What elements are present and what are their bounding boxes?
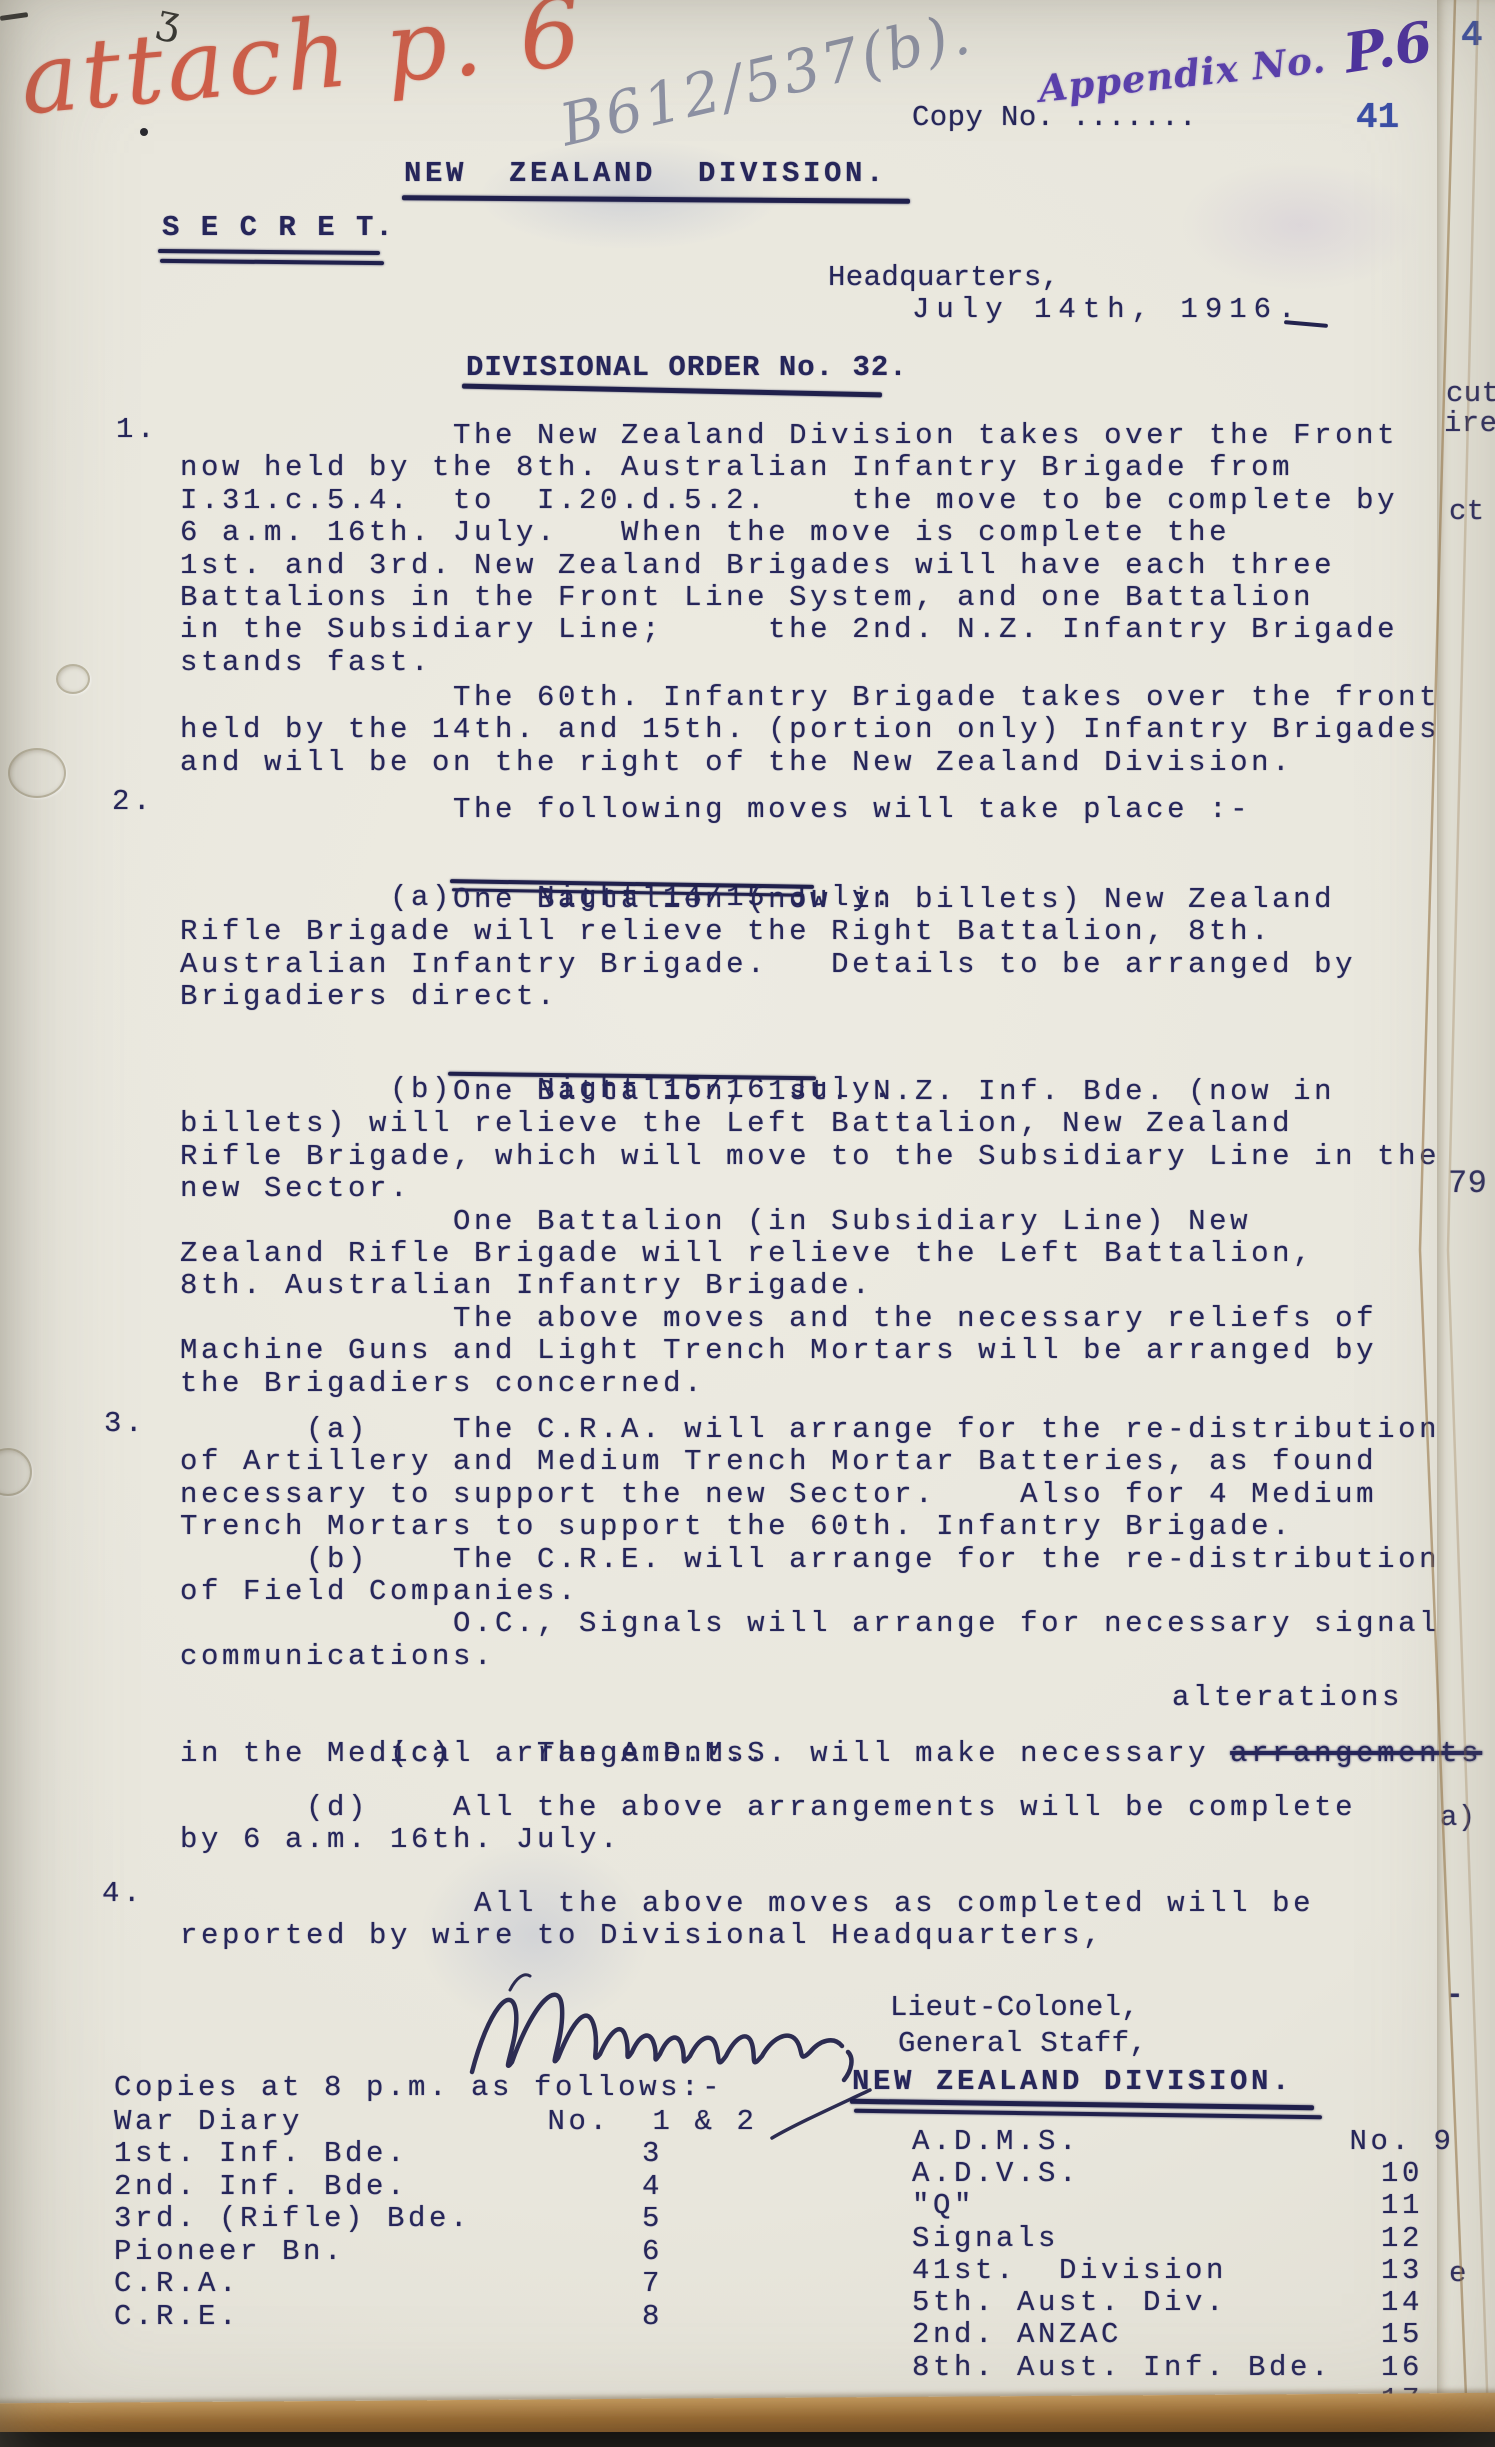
copy-row-left: 2nd. Inf. Bde.4 (114, 2171, 408, 2204)
copy-label: C.R.E. (114, 2300, 240, 2333)
edge-fragment: e (1449, 2258, 1467, 2290)
para-2a-text: One Battalion (now in billets) New Zeala… (180, 884, 1356, 1014)
punch-hole (8, 748, 66, 798)
underlying-page-edge (1437, 0, 1495, 2447)
copy-label: A.D.V.S. (912, 2157, 1080, 2190)
red-pencil-note: attach p. 6 (17, 0, 589, 128)
copy-label: 2nd. ANZAC (912, 2318, 1122, 2351)
edge-fragment: - (1446, 1980, 1464, 2012)
para-2-number: 2. (112, 786, 154, 818)
copy-label: 2nd. Inf. Bde. (114, 2170, 408, 2203)
order-title: DIVISIONAL ORDER No. 32. (466, 352, 908, 384)
para-3-number: 3. (104, 1408, 146, 1440)
appendix-stamp: Appendix No. (1037, 41, 1328, 108)
ink-dot (140, 128, 148, 136)
signatory-rank: Lieut-Colonel, (890, 1992, 1139, 2024)
para-3d-text: (d) All the above arrangements will be c… (180, 1792, 1356, 1857)
ink-smudge (1180, 160, 1420, 290)
copy-row-right: Signals12 (912, 2223, 1059, 2256)
copy-label: Signals (912, 2222, 1059, 2255)
para-1-text: The New Zealand Division takes over the … (180, 420, 1398, 679)
copy-row-right: A.D.M.S.No. 9 (912, 2126, 1080, 2159)
copy-row-right: "Q"11 (912, 2190, 975, 2223)
secret-classification: S E C R E T. (162, 212, 395, 244)
copy-label: 1st. Inf. Bde. (114, 2137, 408, 2170)
corner-pen-mark (0, 12, 28, 21)
signatory-staff: General Staff, (898, 2028, 1147, 2060)
para-4-number: 4. (102, 1878, 144, 1910)
copy-label: War Diary (114, 2105, 303, 2138)
pen-dash (1284, 320, 1328, 328)
para-3c-struck-word: arrangements (1230, 1737, 1482, 1770)
order-title-underline (462, 384, 882, 398)
copy-row-left: C.R.E.8 (114, 2301, 240, 2334)
copies-header: Copies at 8 p.m. as follows:- (114, 2072, 723, 2104)
corner-page-number: 4 (1461, 18, 1483, 54)
copy-label: C.R.A. (114, 2267, 240, 2300)
copy-row-right: 5th. Aust. Div.14 (912, 2287, 1227, 2320)
edge-fragment: 79 (1448, 1168, 1487, 1200)
copy-row-right: 8th. Aust. Inf. Bde.16 (912, 2352, 1332, 2385)
para-4-text: All the above moves as completed will be… (180, 1888, 1314, 1953)
para-1b-text: The 60th. Infantry Brigade takes over th… (180, 682, 1440, 779)
edge-fragment: a) (1440, 1802, 1476, 1834)
copy-label: 3rd. (Rifle) Bde. (114, 2202, 471, 2235)
heading-underline (402, 195, 910, 204)
punch-hole (0, 1448, 32, 1496)
copy-label: Pioneer Bn. (114, 2235, 345, 2268)
copy-row-right: 2nd. ANZAC15 (912, 2319, 1122, 2352)
date-line: July 14th, 1916. (912, 294, 1302, 326)
para-2-intro: The following moves will take place :- (180, 794, 1251, 826)
copy-row-left: 1st. Inf. Bde.3 (114, 2138, 408, 2171)
para-2b-text: One Battalion, 1st. N.Z. Inf. Bde. (now … (180, 1076, 1440, 1400)
copy-label: 8th. Aust. Inf. Bde. (912, 2351, 1332, 2384)
copy-number-label: Copy No. ....... (912, 102, 1197, 134)
copy-label: A.D.M.S. (912, 2125, 1080, 2158)
signature-division: NEW ZEALAND DIVISION. (852, 2066, 1293, 2098)
copy-row-left: War DiaryNo. 1 & 2 (114, 2106, 303, 2139)
copy-row-left: Pioneer Bn.6 (114, 2236, 345, 2269)
copy-row-left: 3rd. (Rifle) Bde.5 (114, 2203, 471, 2236)
edge-fragment: cut (1446, 378, 1495, 410)
para-1-number: 1. (116, 414, 158, 446)
signature-division-underline (850, 2099, 1314, 2110)
copy-label: 5th. Aust. Div. (912, 2286, 1227, 2319)
edge-fragment: ire (1444, 408, 1495, 440)
copy-row-right: A.D.V.S.10 (912, 2158, 1080, 2191)
copy-row-right: 41st. Division13 (912, 2255, 1227, 2288)
division-heading: NEW ZEALAND DIVISION. (404, 158, 887, 190)
headquarters-line: Headquarters, (828, 262, 1059, 294)
para-3-text: (a) The C.R.A. will arrange for the re-d… (180, 1414, 1440, 1673)
copy-number-value: 41 (1356, 100, 1399, 136)
appendix-number: P.6 (1340, 13, 1435, 80)
copy-label: "Q" (912, 2189, 975, 2222)
copy-row-left: C.R.A.7 (114, 2268, 240, 2301)
document-page: attach p. 6 ʒ B612/537(b). Appendix No. … (0, 0, 1495, 2447)
secret-underline (160, 259, 384, 265)
edge-fragment: ct (1449, 496, 1485, 528)
signature-division-underline (854, 2109, 1322, 2120)
copy-label: 41st. Division (912, 2254, 1227, 2287)
secret-underline (158, 249, 380, 255)
background-void (0, 2432, 1495, 2447)
para-3c-line2: in the Medical arrangements. (180, 1738, 768, 1770)
punch-hole (56, 664, 90, 694)
